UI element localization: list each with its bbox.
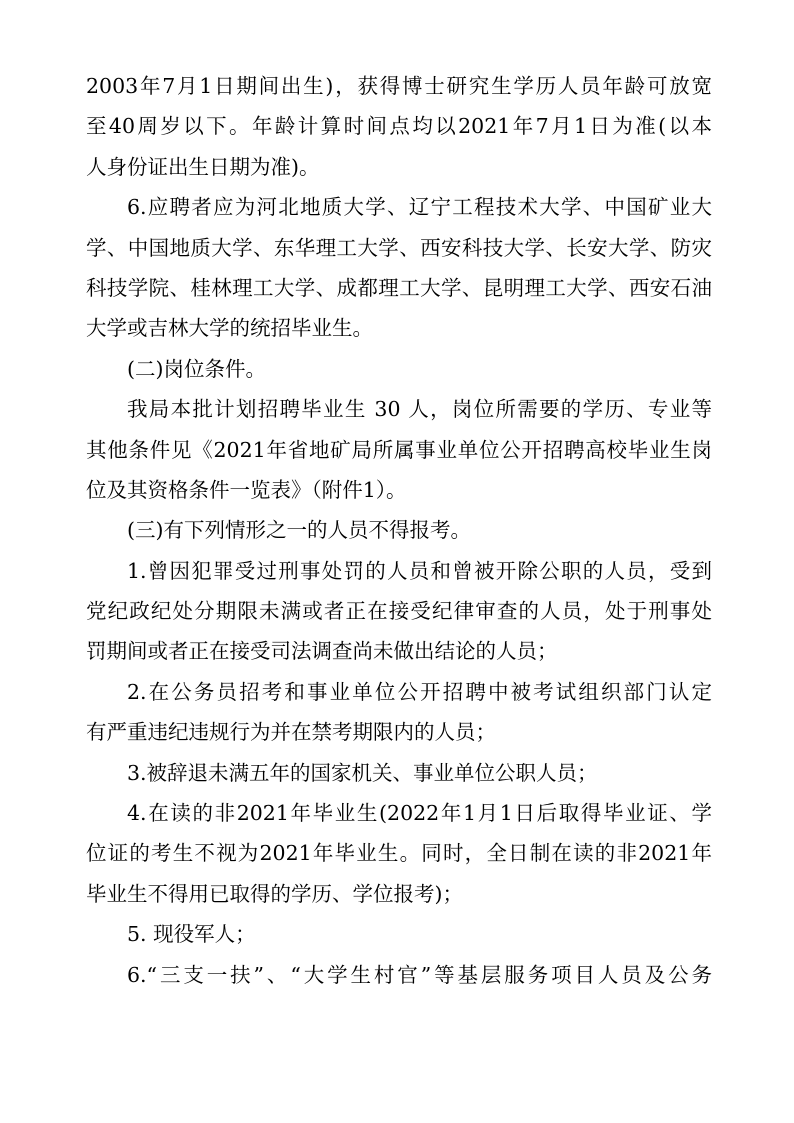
text-line: 2003年7月1日期间出生)，获得博士研究生学历人员年龄可放宽 bbox=[86, 66, 712, 106]
document-page: 2003年7月1日期间出生)，获得博士研究生学历人员年龄可放宽 至40周岁以下。… bbox=[86, 66, 712, 995]
text-line: 2.在公务员招考和事业单位公开招聘中被考试组织部门认定 bbox=[86, 672, 712, 712]
text-line: 罚期间或者正在接受司法调查尚未做出结论的人员； bbox=[86, 631, 712, 671]
text-line: 位证的考生不视为2021年毕业生。同时，全日制在读的非2021年 bbox=[86, 833, 712, 873]
text-line: 至40周岁以下。年龄计算时间点均以2021年7月1日为准(以本 bbox=[86, 106, 712, 146]
text-line: 毕业生不得用已取得的学历、学位报考)； bbox=[86, 874, 712, 914]
section-heading: (二)岗位条件。 bbox=[86, 349, 712, 389]
text-line: 党纪政纪处分期限未满或者正在接受纪律审查的人员，处于刑事处 bbox=[86, 591, 712, 631]
text-line: 3.被辞退未满五年的国家机关、事业单位公职人员； bbox=[86, 753, 712, 793]
text-line: 其他条件见《2021年省地矿局所属事业单位公开招聘高校毕业生岗 bbox=[86, 430, 712, 470]
text-line: 科技学院、桂林理工大学、成都理工大学、昆明理工大学、西安石油 bbox=[86, 268, 712, 308]
text-line: 我局本批计划招聘毕业生 30 人，岗位所需要的学历、专业等 bbox=[86, 389, 712, 429]
text-line: 6.“三支一扶”、“大学生村官”等基层服务项目人员及公务 bbox=[86, 955, 712, 995]
text-line: 大学或吉林大学的统招毕业生。 bbox=[86, 308, 712, 348]
text-line: 有严重违纪违规行为并在禁考期限内的人员； bbox=[86, 712, 712, 752]
text-line: 学、中国地质大学、东华理工大学、西安科技大学、长安大学、防灾 bbox=[86, 228, 712, 268]
text-line: 1.曾因犯罪受过刑事处罚的人员和曾被开除公职的人员，受到 bbox=[86, 551, 712, 591]
text-line: 5. 现役军人； bbox=[86, 914, 712, 954]
text-line: 位及其资格条件一览表》（附件1）。 bbox=[86, 470, 712, 510]
text-line: 人身份证出生日期为准)。 bbox=[86, 147, 712, 187]
text-line: 4.在读的非2021年毕业生(2022年1月1日后取得毕业证、学 bbox=[86, 793, 712, 833]
section-heading: (三)有下列情形之一的人员不得报考。 bbox=[86, 510, 712, 550]
text-line: 6.应聘者应为河北地质大学、辽宁工程技术大学、中国矿业大 bbox=[86, 187, 712, 227]
